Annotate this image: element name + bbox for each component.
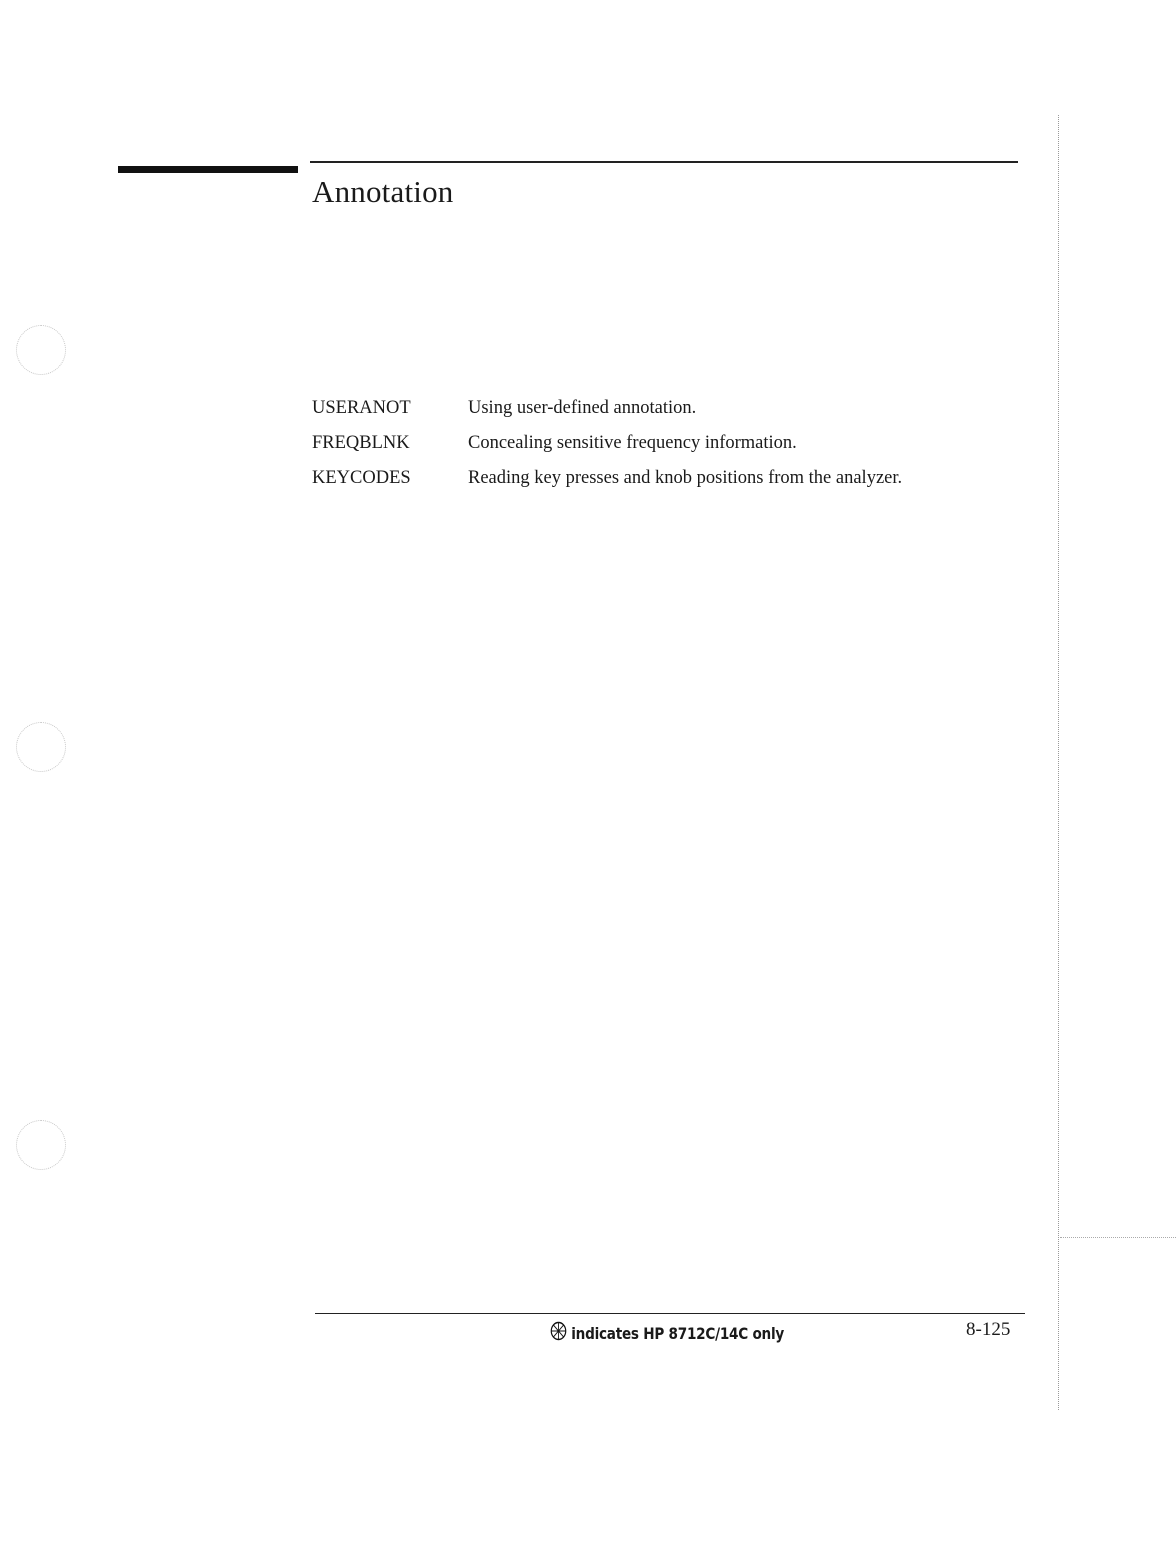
page-edge-tab — [1060, 1237, 1176, 1238]
page-number: 8-125 — [966, 1319, 1010, 1341]
topic-description: Reading key presses and knob positions f… — [468, 468, 902, 489]
footer-note-text: indicates HP 8712C/14C only — [571, 1324, 784, 1343]
page-edge-line — [1058, 115, 1059, 1410]
topic-list: USERANOT Using user-defined annotation. … — [312, 398, 902, 505]
punch-hole — [16, 1120, 66, 1170]
list-item: FREQBLNK Concealing sensitive frequency … — [312, 433, 902, 468]
topic-keyword: USERANOT — [312, 398, 468, 419]
topic-keyword: FREQBLNK — [312, 433, 468, 454]
list-item: KEYCODES Reading key presses and knob po… — [312, 468, 902, 505]
header-rule — [310, 161, 1018, 163]
list-item: USERANOT Using user-defined annotation. — [312, 398, 902, 433]
footer-rule — [315, 1313, 1025, 1314]
section-marker-bar — [118, 166, 298, 173]
section-title: Annotation — [312, 174, 454, 210]
hp-8712c-14c-symbol-icon — [550, 1321, 567, 1345]
punch-hole — [16, 325, 66, 375]
topic-keyword: KEYCODES — [312, 468, 468, 489]
footer-note: indicates HP 8712C/14C only — [550, 1321, 784, 1345]
punch-hole — [16, 722, 66, 772]
topic-description: Using user-defined annotation. — [468, 398, 696, 419]
topic-description: Concealing sensitive frequency informati… — [468, 433, 797, 454]
